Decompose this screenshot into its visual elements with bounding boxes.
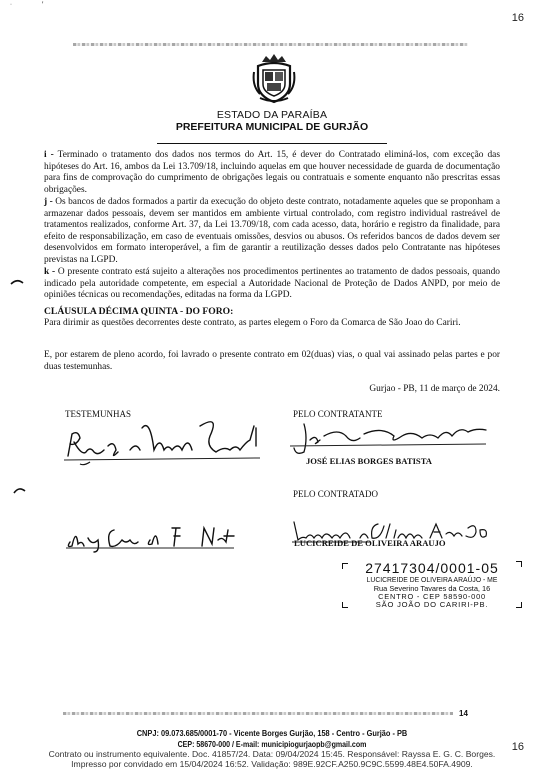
- scan-mark: ': [42, 0, 43, 9]
- closing-text: E, por estarem de pleno acordo, foi lavr…: [44, 350, 500, 373]
- clause-j-text: Os bancos de dados formados a partir da …: [44, 197, 500, 265]
- header-rule: [157, 143, 387, 144]
- stamp-city: SÃO JOÃO DO CARIRI-PB.: [342, 601, 522, 609]
- sheet-number: 14: [459, 709, 468, 718]
- footer-address: CNPJ: 09.073.685/0001-70 - Vicente Borge…: [38, 728, 506, 738]
- witness1-signature: [60, 416, 265, 466]
- clause-j-label: j -: [44, 197, 53, 207]
- stamp-company: LUCICREIDE DE OLIVEIRA ARAÚJO - ME: [349, 576, 515, 584]
- footer-contact: CEP: 58670-000 / E-mail: municipiogurjao…: [38, 740, 506, 749]
- page-number-top: 16: [512, 12, 524, 24]
- clause-j: j - Os bancos de dados formados a partir…: [44, 197, 500, 267]
- stamp-cnpj: 27417304/0001-05: [342, 561, 522, 576]
- scan-mark: [13, 481, 27, 489]
- page-number-bottom: 16: [512, 741, 524, 753]
- clause-i-label: i -: [44, 150, 54, 160]
- place-date: Gurjao - PB, 11 de março de 2024.: [44, 384, 500, 396]
- contratado-label: PELO CONTRATADO: [293, 489, 378, 499]
- scan-line-bottom: [63, 712, 453, 715]
- footer-meta-2: Impresso por convidado em 15/04/2024 16:…: [0, 759, 544, 769]
- clause-i-text: Terminado o tratamento dos dados nos ter…: [44, 150, 500, 195]
- foro-title: CLÁUSULA DÉCIMA QUINTA - DO FORO:: [44, 306, 233, 317]
- header-prefecture: PREFEITURA MUNICIPAL DE GURJÃO: [0, 121, 544, 133]
- clause-k-text: O presente contrato está sujeito a alter…: [44, 267, 500, 300]
- header-state: ESTADO DA PARAÍBA: [0, 109, 544, 121]
- company-stamp: 27417304/0001-05 LUCICREIDE DE OLIVEIRA …: [342, 561, 522, 609]
- clause-i: i - Terminado o tratamento dos dados nos…: [44, 150, 500, 196]
- foro-text: Para dirimir as questões decorrentes des…: [44, 318, 500, 330]
- municipal-coat-of-arms-icon: [252, 52, 296, 104]
- clause-k: k - O presente contrato está sujeito a a…: [44, 267, 500, 302]
- scan-line-top: [73, 43, 468, 46]
- clause-k-label: k -: [44, 267, 55, 277]
- contratante-signature: [290, 418, 490, 458]
- witness2-signature: [62, 518, 237, 554]
- scan-mark: [10, 272, 24, 278]
- contratado-name: LUCICREIDE DE OLIVEIRA ARAUJO: [294, 538, 446, 548]
- footer-meta-1: Contrato ou instrumento equivalente. Doc…: [0, 749, 544, 759]
- scan-mark: ·: [10, 2, 12, 8]
- contratante-name: JOSÉ ELIAS BORGES BATISTA: [306, 456, 432, 466]
